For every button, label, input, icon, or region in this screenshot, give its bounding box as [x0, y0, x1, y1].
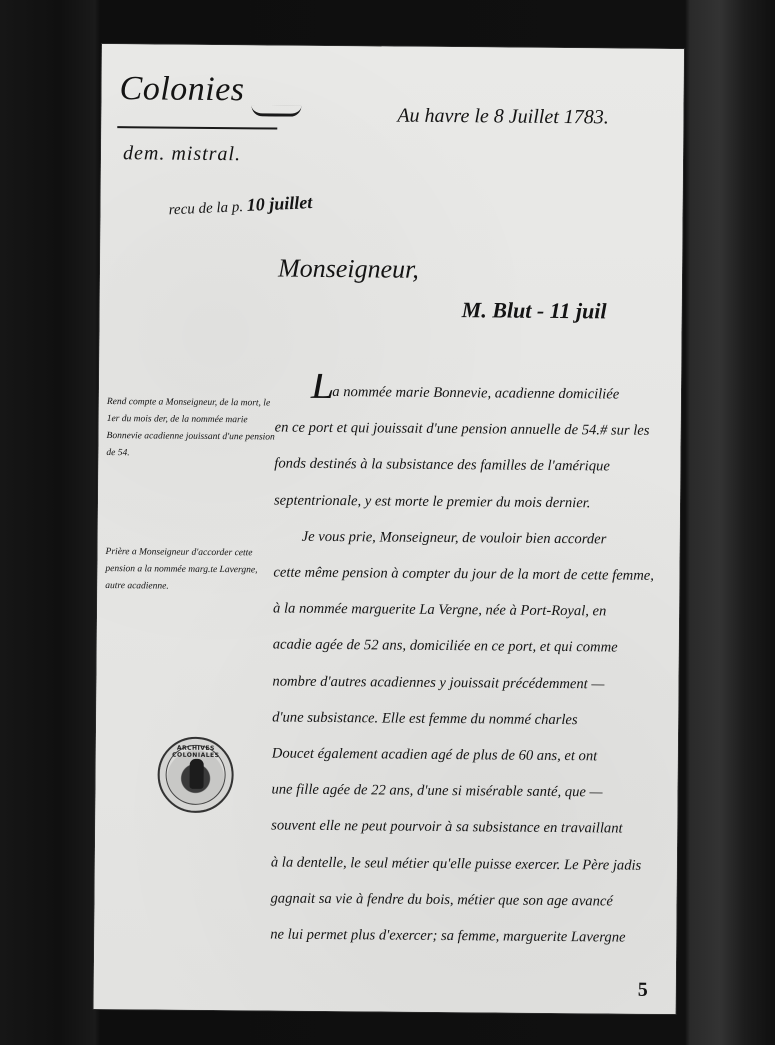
body-line: souvent elle ne peut pourvoir à sa subsi… — [271, 808, 671, 848]
body-line: La nommée marie Bonnevie, acadienne domi… — [275, 374, 675, 414]
scan-viewer: Colonies dem. mistral. Au havre le 8 Jui… — [0, 0, 775, 1045]
document-page: Colonies dem. mistral. Au havre le 8 Jui… — [94, 44, 684, 1014]
body-line: Je vous prie, Monseigneur, de vouloir bi… — [274, 518, 674, 558]
heading-colonies: Colonies — [119, 70, 244, 109]
body-line: fonds destinés à la subsistance des fami… — [274, 446, 674, 486]
heading-swash — [251, 105, 301, 116]
seal-figure-icon — [190, 759, 204, 789]
body-line: acadie agée de 52 ans, domiciliée en ce … — [273, 627, 673, 667]
subheading: dem. mistral. — [123, 142, 241, 166]
body-line: cette même pension à compter du jour de … — [273, 555, 673, 595]
received-date: 10 juillet — [246, 192, 312, 215]
page-number: 5 — [638, 979, 648, 1002]
place-date: Au havre le 8 Juillet 1783. — [397, 105, 609, 130]
body-line: nombre d'autres acadiennes y jouissait p… — [272, 663, 672, 703]
body-line: une fille agée de 22 ans, d'une si misér… — [271, 772, 671, 812]
archive-seal-stamp: ARCHIVES COLONIALES — [157, 737, 234, 814]
body-line: d'une subsistance. Elle est femme du nom… — [272, 699, 672, 739]
received-note: recu de la p. 10 juillet — [168, 192, 312, 219]
seal-text: ARCHIVES COLONIALES — [160, 745, 232, 760]
body-line: Doucet également acadien agé de plus de … — [272, 736, 672, 776]
body-line: gagnait sa vie à fendre du bois, métier … — [270, 880, 670, 920]
salutation: Monseigneur, — [278, 254, 419, 285]
body-line: en ce port et qui jouissait d'une pensio… — [274, 410, 674, 450]
body-line: à la dentelle, le seul métier qu'elle pu… — [271, 844, 671, 884]
annotation: M. Blut - 11 juil — [462, 297, 607, 324]
received-prefix: recu de la p. — [168, 199, 243, 218]
margin-note: Prière a Monseigneur d'accorder cette pe… — [105, 544, 277, 596]
heading-underline — [117, 126, 277, 129]
letter-body: La nommée marie Bonnevie, acadienne domi… — [270, 374, 675, 957]
body-line: à la nommée marguerite La Vergne, née à … — [273, 591, 673, 631]
body-line: ne lui permet plus d'exercer; sa femme, … — [270, 917, 670, 957]
body-line: septentrionale, y est morte le premier d… — [274, 482, 674, 522]
margin-note: Rend compte a Monseigneur, de la mort, l… — [106, 394, 279, 463]
